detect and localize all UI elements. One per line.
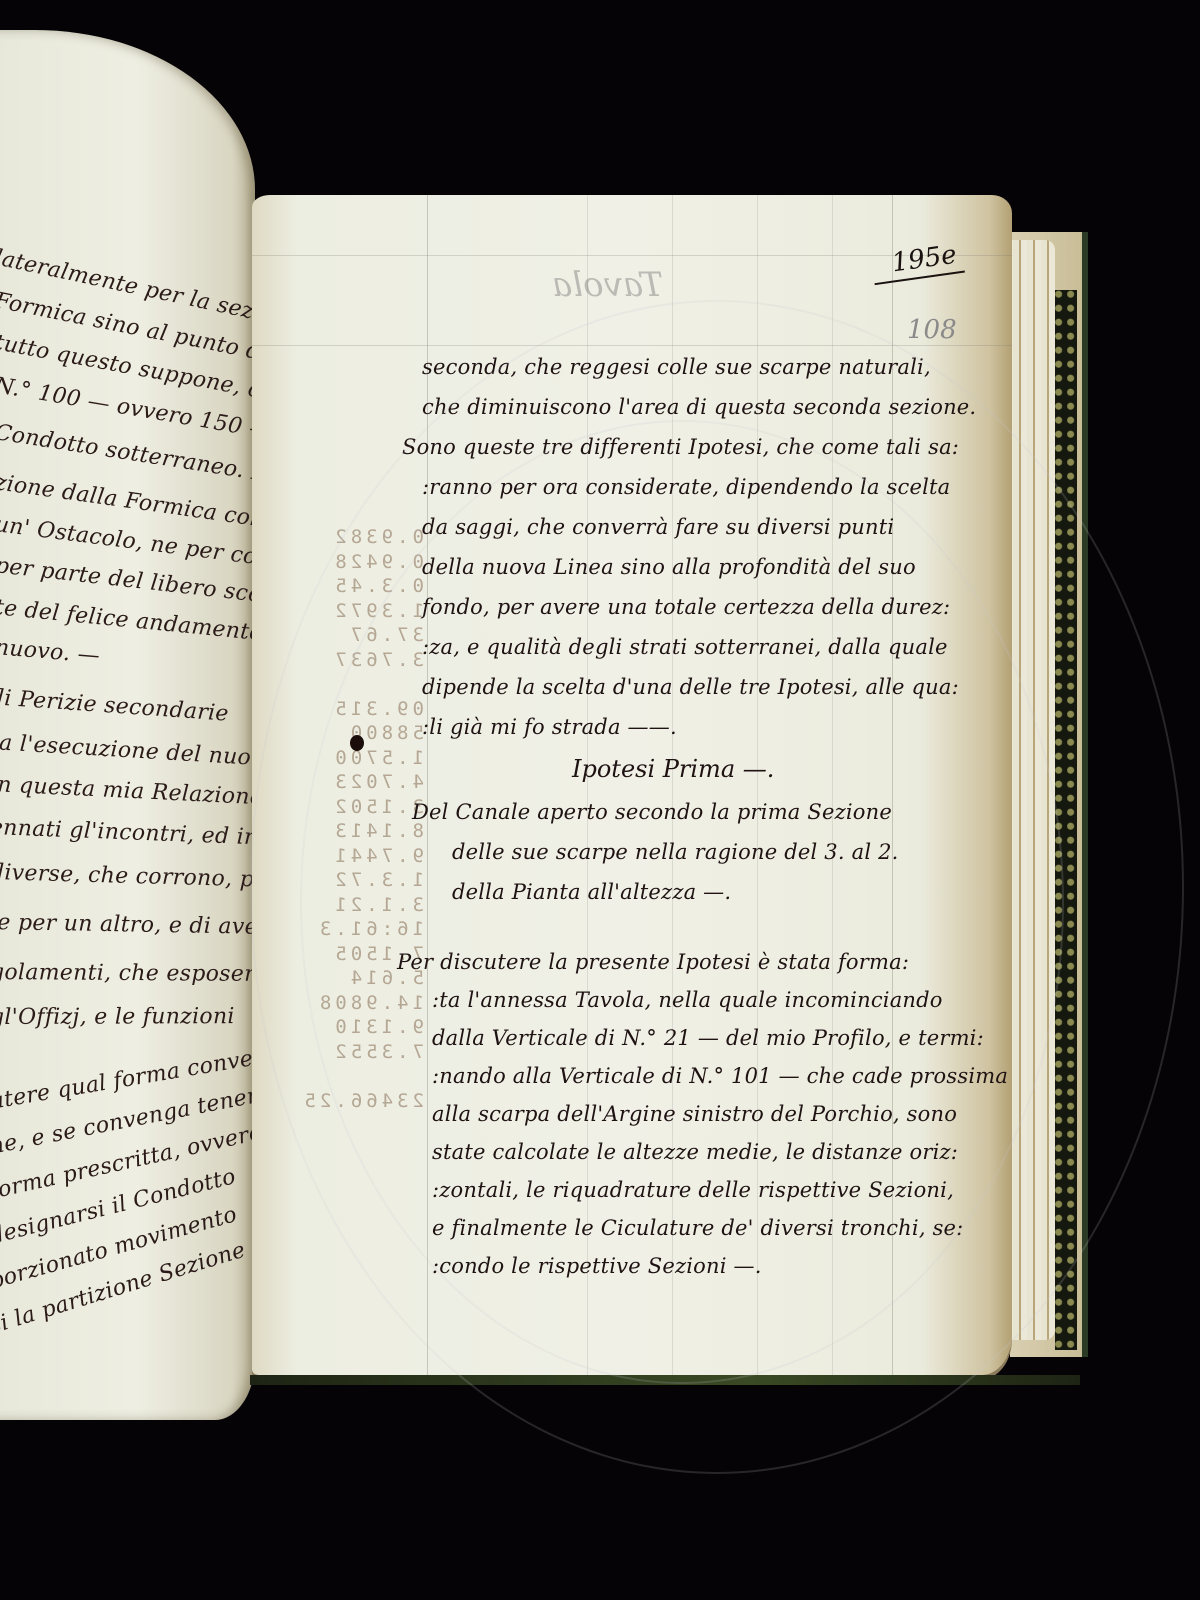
bleed-through-number: 3.7637 [304,648,424,673]
bleed-through-number: 37.67 [304,623,424,648]
manuscript-line: :nando alla Verticale di N.° 101 — che c… [432,1064,1008,1088]
bleed-through-number: 7.3552 [304,1040,424,1065]
section-subheading-line: della Pianta all'altezza —. [452,880,731,904]
bleed-through-number: 0.3.45 [304,574,424,599]
manuscript-line: :ta l'annessa Tavola, nella quale incomi… [432,988,943,1012]
manuscript-line: ennati gl'incontri, ed inter: [0,815,255,852]
marbled-cover-edge [1055,290,1077,1350]
manuscript-line: :za, e qualità degli strati sotterranei,… [422,635,948,659]
manuscript-line: che diminuiscono l'area di questa second… [422,395,976,419]
manuscript-line: golamenti, che esposero [0,960,255,987]
section-heading: Ipotesi Prima —. [572,755,774,783]
bleed-through-number: 0.9382 [304,525,424,550]
bleed-through-number: 9.7441 [304,844,424,869]
manuscript-line: diverse, che corrono, per [0,860,255,893]
manuscript-line: le per un altro, e di avere [0,910,255,940]
manuscript-line: :zontali, le riquadrature delle rispetti… [432,1178,954,1202]
manuscript-line: nuovo. — [0,635,101,669]
ink-blot [350,735,364,751]
manuscript-line: :li già mi fo strada ——. [422,715,677,739]
right-page: Tavola 0.93820.94280.3.451.397237.673.76… [252,195,1012,1375]
bleed-through-numbers: 0.93820.94280.3.451.397237.673.7637 09.3… [304,525,424,1113]
manuscript-line: fondo, per avere una totale certezza del… [422,595,950,619]
bleed-through-number: 16:61.3 [304,917,424,942]
ruling-line-horizontal [252,345,1012,346]
bleed-through-number: 9.1310 [304,1015,424,1040]
bleed-through-title: Tavola [552,265,663,305]
folio-number: 195e [870,239,965,285]
bleed-through-number [304,1064,424,1089]
bleed-through-number: 0.9428 [304,550,424,575]
bleed-through-number: 1.3972 [304,599,424,624]
manuscript-line: da saggi, che converrà fare su diversi p… [422,515,894,539]
manuscript-line: in questa mia Relazione [0,772,255,810]
bleed-through-number [304,672,424,697]
manuscript-line: state calcolate le altezze medie, le dis… [432,1140,958,1164]
manuscript-line: :ranno per ora considerate, dipendendo l… [422,475,950,499]
pencil-folio-number: 108 [907,315,957,345]
left-page: lateralmente per la sezioneFormica sino … [0,30,255,1420]
bleed-through-number: 09.315 [304,697,424,722]
bleed-through-number: 1.5700 [304,746,424,771]
manuscript-line: e finalmente le Ciculature de' diversi t… [432,1216,963,1240]
manuscript-line: Per discutere la presente Ipotesi è stat… [397,950,909,974]
bleed-through-number: 3.1502 [304,795,424,820]
manuscript-line: dipende la scelta d'una delle tre Ipotes… [422,675,959,699]
manuscript-line: Sono queste tre differenti Ipotesi, che … [402,435,959,459]
book-bottom-edge [250,1375,1080,1385]
bleed-through-number: 1.3.72 [304,868,424,893]
bleed-through-number: 23466.25 [304,1089,424,1114]
bleed-through-number: 8.1413 [304,819,424,844]
bleed-through-number: 14.9808 [304,991,424,1016]
section-subheading-line: delle sue scarpe nella ragione del 3. al… [452,840,899,864]
manuscript-line: di Perizie secondarie [0,685,230,727]
bleed-through-number: 58800 [304,721,424,746]
manuscript-line: ta l'esecuzione del nuovo [0,730,255,772]
bleed-through-number: 4.7023 [304,770,424,795]
manuscript-line: dalla Verticale di N.° 21 — del mio Prof… [432,1026,984,1050]
manuscript-line: :condo le rispettive Sezioni —. [432,1254,762,1278]
manuscript-line: della nuova Linea sino alla profondità d… [422,555,916,579]
bleed-through-number: 3.1.21 [304,893,424,918]
manuscript-line: alla scarpa dell'Argine sinistro del Por… [432,1102,957,1126]
manuscript-line: gl'Offizj, e le funzioni [0,1004,235,1030]
manuscript-line: seconda, che reggesi colle sue scarpe na… [422,355,931,379]
section-subheading-line: Del Canale aperto secondo la prima Sezio… [412,800,892,824]
